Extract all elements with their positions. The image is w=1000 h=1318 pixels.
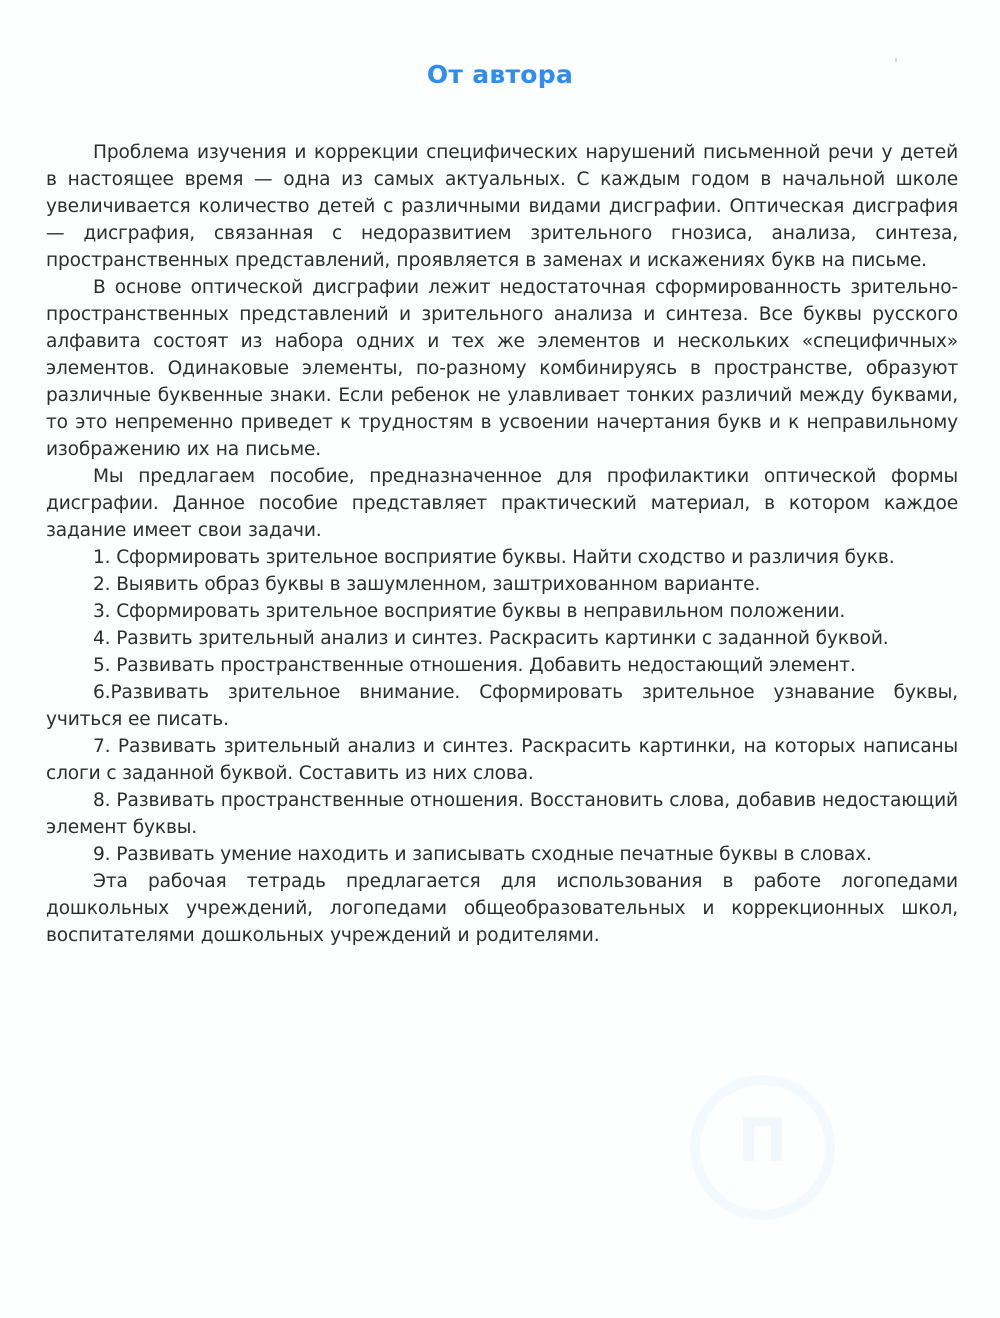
bleed-through-circle-icon: П [690,1075,835,1220]
task-item-9: 9. Развивать умение находить и записыват… [46,841,958,868]
task-item-6: 6.Развивать зрительное внимание. Сформир… [46,679,958,733]
bleed-through-letter: П [737,1106,787,1176]
task-item-1: 1. Сформировать зрительное восприятие бу… [46,544,958,571]
paragraph-offer: Мы предлагаем пособие, предназначенное д… [46,463,958,544]
task-item-4: 4. Развить зрительный анализ и синтез. Р… [46,625,958,652]
paragraph-closing: Эта рабочая тетрадь предлагается для исп… [46,868,958,949]
task-item-3: 3. Сформировать зрительное восприятие бу… [46,598,958,625]
article-body: Проблема изучения и коррекции специфичес… [46,139,958,949]
paragraph-intro: Проблема изучения и коррекции специфичес… [46,139,958,274]
task-item-5: 5. Развивать пространственные отношения.… [46,652,958,679]
task-list: 1. Сформировать зрительное восприятие бу… [46,544,958,868]
task-item-8: 8. Развивать пространственные отношения.… [46,787,958,841]
task-item-2: 2. Выявить образ буквы в зашумленном, за… [46,571,958,598]
paragraph-basis: В основе оптической дисграфии лежит недо… [46,274,958,463]
task-item-7: 7. Развивать зрительный анализ и синтез.… [46,733,958,787]
page-title: От автора [0,60,1000,89]
